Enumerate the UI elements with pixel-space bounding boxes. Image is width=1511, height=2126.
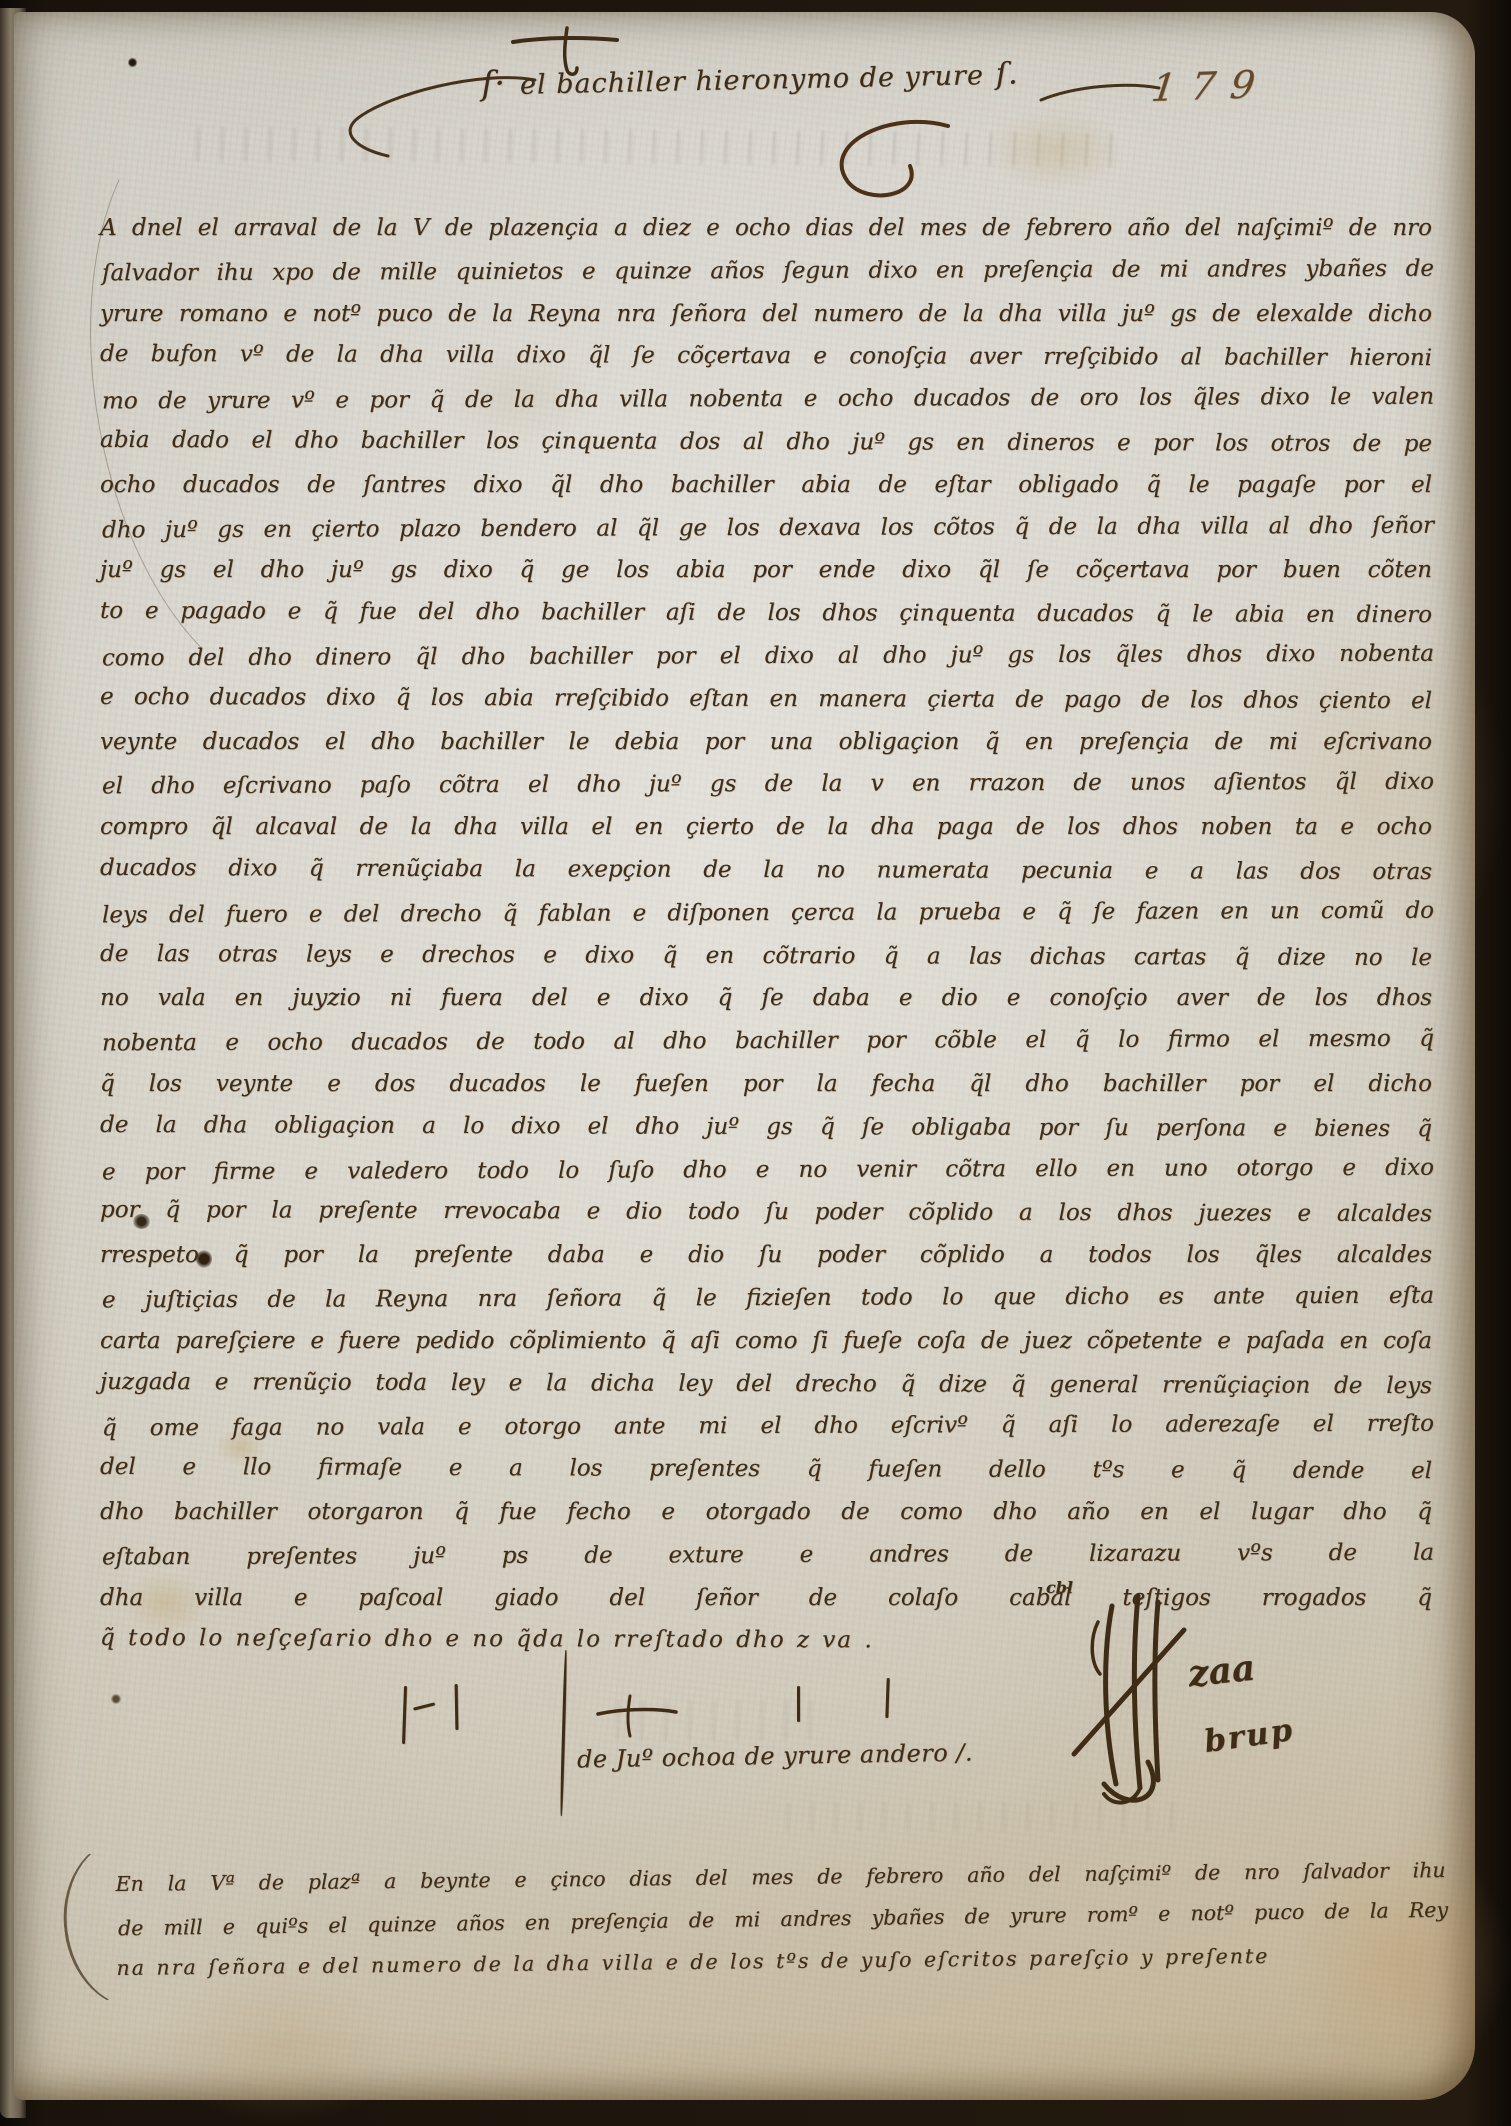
title-text: el bachiller hieronymo de yrure [520,60,985,101]
manuscript-line: carta pareſçiere e fuere pedido cõplimie… [100,1320,1432,1363]
folio-number: 179 [1149,62,1273,110]
manuscript-line: to e pagado e q̃ fue del dho bachiller a… [100,590,1432,637]
manuscript-line: ſalvador ihu xpo de mille quinietos e qu… [102,247,1434,294]
manuscript-line: dho juº gs en çierto plazo bendero al q̃… [102,504,1434,551]
title-tail-flourish: ſ. [995,56,1018,91]
manuscript-line: ocho ducados de ſantres dixo q̃l dho bac… [100,464,1432,507]
show-through-ghost [184,127,1114,167]
manuscript-line: de bufon vº de la dha villa dixo q̃l ſe … [100,333,1432,380]
closing-paragraph: En la Vª de plazª a beynte e çinco dias … [115,1849,1446,1989]
rubric-mark: zaa [1186,1647,1257,1696]
manuscript-line: de la dha obligaçion a lo dixo el dho ju… [100,1104,1432,1151]
rubric-mark: cbl [1046,1578,1073,1597]
manuscript-line: mo de yrure vº e por q̃ de la dha villa … [102,376,1434,423]
manuscript-line: juº gs el dho juº gs dixo q̃ ge los abia… [100,549,1432,592]
title-lead-flourish: ſ· [481,63,507,103]
manuscript-line: abia dado el dho bachiller los çinquenta… [100,419,1432,466]
show-through-ghost [604,1700,824,1740]
manuscript-line: yrure romano e notº puco de la Reyna nra… [100,293,1432,336]
manuscript-line: el dho eſcrivano paſo cõtra el dho juº g… [102,761,1434,808]
main-text-block: A dnel el arraval de la V de plazençia a… [100,207,1432,1662]
manuscript-line: veynte ducados el dho bachiller le debia… [100,721,1432,764]
manuscript-line: juzgada e rrenũçio toda ley e la dicha l… [100,1360,1432,1407]
manuscript-line: no vala en juyzio ni fuera del e dixo q̃… [100,977,1432,1020]
manuscript-line: leys del fuero e del drecho q̃ fablan e … [102,889,1434,936]
manuscript-line: q̃ los veynte e dos ducados le fueſen po… [100,1063,1432,1106]
manuscript-line: por q̃ por la preſente rrevocaba e dio t… [100,1189,1432,1236]
manuscript-line: ducados dixo q̃ rrenũçiaba la exepçion d… [100,847,1432,894]
rubric-strokes [1046,1578,1306,1818]
manuscript-line: compro q̃l alcaval de la dha villa el en… [100,806,1432,849]
manuscript-line: eſtaban preſentes juº ps de exture e and… [102,1531,1434,1578]
notarial-rubric: zaabrupcbl [1046,1578,1306,1818]
manuscript-line: e por firme e valedero todo lo ſuſo dho … [102,1146,1434,1193]
manuscript-line: e ocho ducados dixo q̃ los abia rreſçibi… [100,676,1432,723]
manuscript-line: q̃ ome faga no vala e otorgo ante mi el … [102,1403,1434,1450]
manuscript-line: A dnel el arraval de la V de plazençia a… [100,207,1432,250]
manuscript-photo: ſ·el bachiller hieronymo de yrureſ. 179 … [0,0,1511,2126]
manuscript-line: e juſtiçias de la Reyna nra ſeñora q̃ le… [102,1275,1434,1322]
manuscript-line: de las otras leys e drechos e dixo q̃ en… [100,932,1432,979]
manuscript-line: nobenta e ocho ducados de todo al dho ba… [102,1018,1434,1065]
manuscript-line: del e llo firmaſe e a los preſentes q̃ f… [100,1446,1432,1493]
manuscript-line: como del dho dinero q̃l dho bachiller po… [102,633,1434,680]
manuscript-line: rrespeto q̃ por la preſente daba e dio ſ… [100,1234,1432,1277]
manuscript-line: dho bachiller otorgaron q̃ fue fecho e o… [100,1491,1432,1534]
